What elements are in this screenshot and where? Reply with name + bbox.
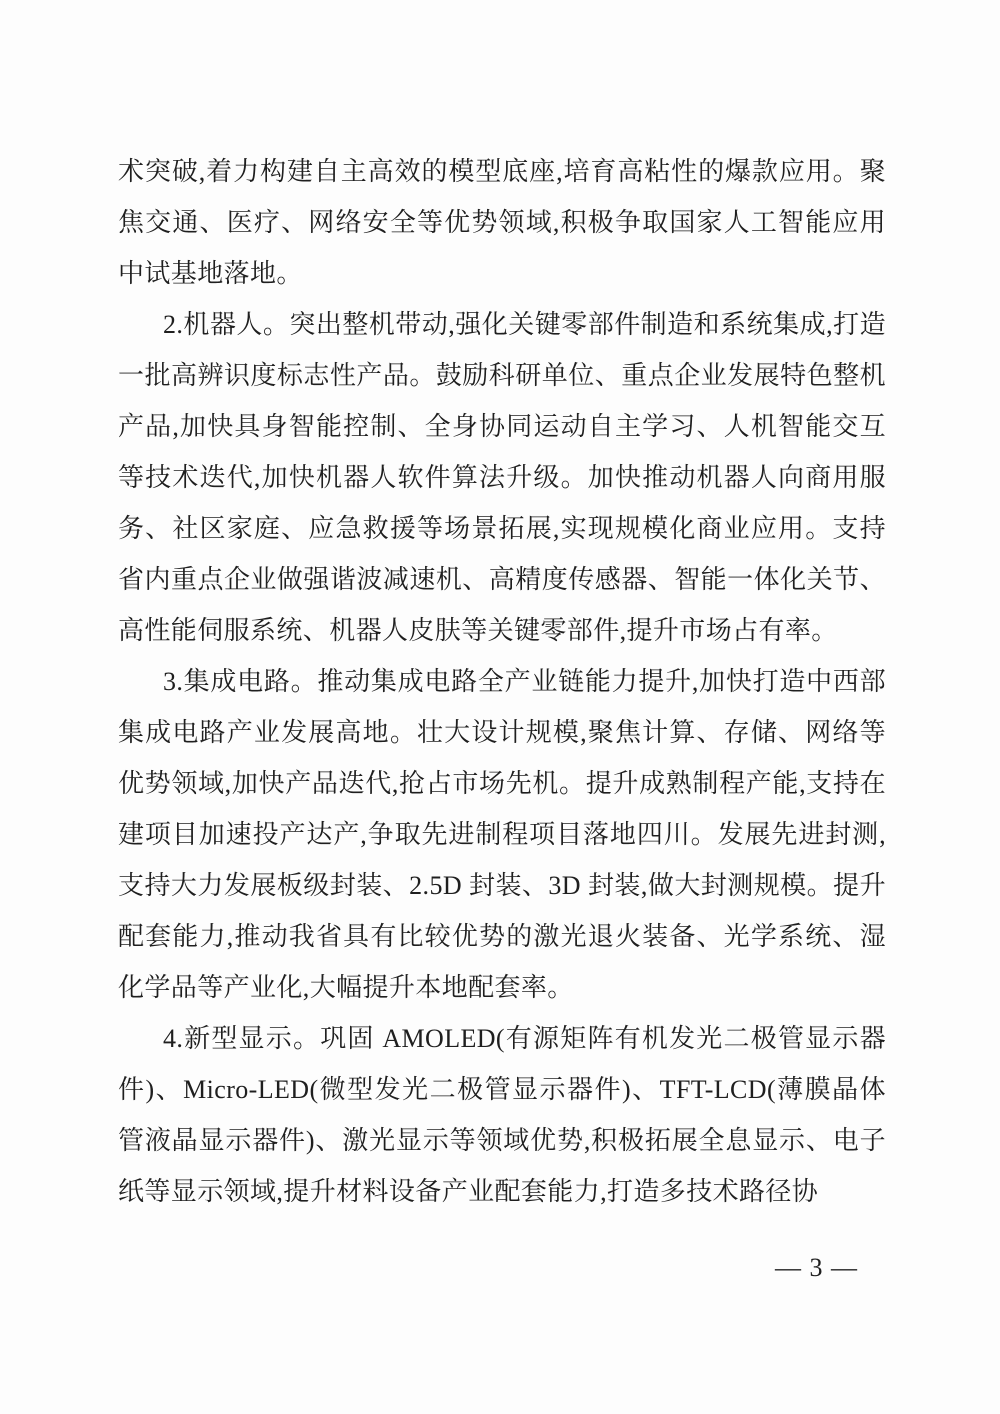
document-page: 术突破,着力构建自主高效的模型底座,培育高粘性的爆款应用。聚焦交通、医疗、网络安… (0, 0, 1000, 1414)
paragraph-integrated-circuits: 3.集成电路。推动集成电路全产业链能力提升,加快打造中西部集成电路产业发展高地。… (118, 656, 886, 1013)
paragraph-new-displays: 4.新型显示。巩固 AMOLED(有源矩阵有机发光二极管显示器件)、Micro-… (118, 1013, 886, 1217)
paragraph-ai-applications-continued: 术突破,着力构建自主高效的模型底座,培育高粘性的爆款应用。聚焦交通、医疗、网络安… (118, 146, 886, 299)
paragraph-robots: 2.机器人。突出整机带动,强化关键零部件制造和系统集成,打造一批高辨识度标志性产… (118, 299, 886, 656)
document-text-block: 术突破,着力构建自主高效的模型底座,培育高粘性的爆款应用。聚焦交通、医疗、网络安… (118, 146, 886, 1217)
page-number: — 3 — (775, 1253, 858, 1283)
